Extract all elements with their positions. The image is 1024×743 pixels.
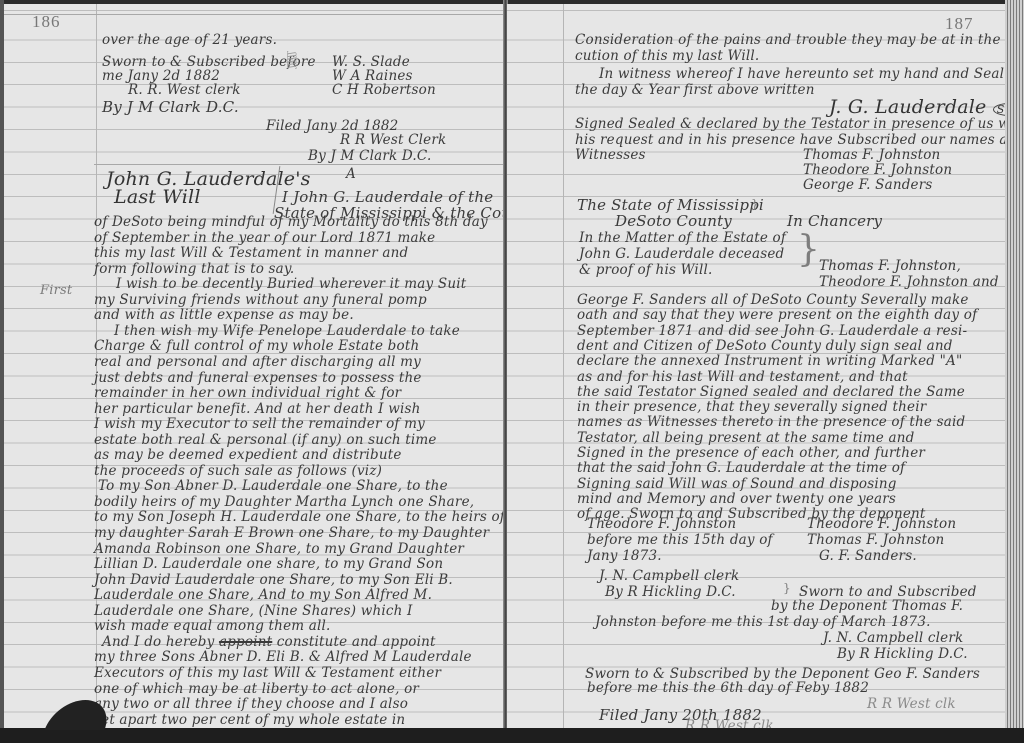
filed-clerk: R R West clk: [685, 720, 774, 728]
text-line: declare the annexed Instrument in writin…: [577, 355, 962, 369]
bottom-shadow: [0, 728, 1024, 743]
top-rule: [4, 14, 505, 15]
text-line: Signing said Will was of Sound and dispo…: [577, 478, 897, 492]
text-line: any two or all three if they choose and …: [94, 698, 408, 712]
attestation-line: Signed Sealed & declared by the Testator…: [575, 118, 1005, 132]
text-line: bodily heirs of my Daughter Martha Lynch…: [94, 496, 474, 510]
text-line: Testator, all being present at the same …: [577, 432, 914, 446]
second-jurat-line: By R Hickling D.C.: [837, 648, 968, 662]
text-line: her particular benefit. And at her death…: [94, 403, 421, 417]
text-line: Amanda Robinson one Share, to my Grand D…: [94, 543, 464, 557]
text-line: this my last Will & Testament in manner …: [94, 247, 408, 261]
right-margin-rule: [563, 4, 564, 728]
text-line: of September in the year of our Lord 187…: [94, 232, 435, 246]
text-line: I then wish my Wife Penelope Lauderdale …: [114, 325, 460, 339]
brace-mark: }: [797, 232, 820, 268]
seal-mark: Seal: [993, 103, 1005, 116]
text-line: that the said John G. Lauderdale at the …: [577, 462, 905, 476]
text-line: Lauderdale one Share, (Nine Shares) whic…: [94, 605, 413, 619]
third-jurat-line: R R West clk: [867, 698, 956, 712]
text-line: my daughter Sarah E Brown one Share, to …: [94, 527, 489, 541]
caption-matter: In the Matter of the Estate of: [579, 232, 786, 246]
text-line: just debts and funeral expenses to posse…: [94, 372, 422, 386]
text-line: mind and Memory and over twenty one year…: [577, 493, 896, 507]
attestation-line: his request and in his presence have Sub…: [575, 134, 1005, 148]
text-line: the said Testator Signed sealed and decl…: [577, 386, 965, 400]
second-jurat-line: Johnston before me this 1st day of March…: [595, 616, 931, 630]
text-line: my three Sons Abner D. Eli B. & Alfred M…: [94, 651, 472, 665]
text-line: John David Lauderdale one Share, to my S…: [94, 574, 453, 588]
text-line: the day & Year first above written: [575, 84, 815, 98]
text-line: estate both real & personal (if any) on …: [94, 434, 437, 448]
text-line: And I do hereby appoint constitute and a…: [102, 636, 436, 650]
deponent-signature: Thomas F. Johnston: [807, 534, 944, 548]
jurat-line: J. N. Campbell clerk: [599, 570, 739, 584]
witness-name: Theodore F. Johnston: [803, 164, 952, 178]
caption-county: DeSoto County: [615, 214, 732, 229]
section-rule: [94, 164, 504, 165]
text-line: over the age of 21 years.: [102, 34, 277, 48]
deponent-name: Thomas F. Johnston,: [819, 260, 961, 274]
jurat-line: Jany 1873.: [587, 550, 662, 564]
jurat-line: By R Hickling D.C.: [605, 586, 736, 600]
deponent-signature: Theodore F. Johnston: [807, 518, 956, 532]
text-line: in their presence, that they severally s…: [577, 401, 926, 415]
text-line: I wish to be decently Buried wherever it…: [116, 278, 466, 292]
jurat-line: before me this 15th day of: [587, 534, 773, 548]
struck-word: appoint: [219, 634, 272, 650]
brace-mark: ʃʃʃʃʃʃ: [286, 52, 296, 68]
text-line: To my Son Abner D. Lauderdale one Share,…: [98, 480, 448, 494]
ledger-book-spread: 186 over the age of 21 years. Sworn to &…: [0, 0, 1024, 743]
page-number-left: 186: [32, 12, 61, 32]
text-line: names as Witnesses thereto in the presen…: [577, 416, 965, 430]
text-line: In witness whereof I have hereunto set m…: [599, 68, 1004, 82]
text-line: of DeSoto being mindful of my Mortality …: [94, 216, 488, 230]
signature-text: J. G. Lauderdale: [829, 96, 986, 118]
text-line: Lauderdale one Share, And to my Son Alfr…: [94, 589, 432, 603]
text-line: Consideration of the pains and trouble t…: [575, 34, 1005, 48]
brace-mark: }: [783, 582, 791, 594]
text-line: as and for his last Will and testament, …: [577, 371, 908, 385]
book-right-edge: [1005, 0, 1024, 743]
text-line: dent and Citizen of DeSoto County duly s…: [577, 340, 953, 354]
caption-state: The State of Mississippi: [577, 198, 764, 213]
witness-name: C H Robertson: [332, 84, 436, 98]
witness-name: George F. Sanders: [803, 179, 933, 193]
text-line: oath and say that they were present on t…: [577, 309, 977, 323]
text-line: George F. Sanders all of DeSoto County S…: [577, 294, 969, 308]
text-line: set apart two per cent of my whole estat…: [94, 714, 405, 728]
text-line: R. R. West clerk: [128, 84, 241, 98]
text-line: real and personal and after discharging …: [94, 356, 421, 370]
deponent-signature: G. F. Sanders.: [819, 550, 917, 564]
text-line: September 1871 and did see John G. Laude…: [577, 325, 967, 339]
left-page: 186 over the age of 21 years. Sworn to &…: [4, 4, 506, 728]
filed-clerk: R R West Clerk: [340, 134, 446, 148]
witness-name: Thomas F. Johnston: [803, 149, 940, 163]
attestation-line: Witnesses: [575, 149, 646, 163]
text-line: as may be deemed expedient and distribut…: [94, 449, 402, 463]
text-line: remainder in her own individual right & …: [94, 387, 401, 401]
text-line: Lillian D. Lauderdale one share, to my G…: [94, 558, 443, 572]
text-line: wish made equal among them all.: [94, 620, 331, 634]
text-line: cution of this my last Will.: [575, 50, 759, 64]
second-jurat-line: J. N. Campbell clerk: [823, 632, 963, 646]
text-line: By J M Clark D.C.: [102, 100, 239, 115]
caption-matter: & proof of his Will.: [579, 264, 712, 278]
third-jurat-line: before me this the 6th day of Feby 1882: [587, 682, 869, 696]
text-line: and with as little expense as may be.: [94, 309, 354, 323]
jurat-line: Theodore F. Johnston: [587, 518, 736, 532]
text-line: the proceeds of such sale as follows (vi…: [94, 465, 382, 479]
brace-mark: }: [751, 198, 759, 210]
text-line: Executors of this my last Will & Testame…: [94, 667, 441, 681]
page-number-right: 187: [945, 14, 974, 34]
testator-signature: J. G. Lauderdale Seal: [829, 98, 1005, 117]
deponent-name: Theodore F. Johnston and: [819, 276, 999, 290]
will-title-2: Last Will: [114, 188, 201, 207]
text-line: Charge & full control of my whole Estate…: [94, 340, 419, 354]
caption-matter: John G. Lauderdale deceased: [579, 248, 784, 262]
margin-note-first: First: [40, 284, 72, 297]
caption-court: In Chancery: [787, 214, 882, 229]
text-line: one of which may be at liberty to act al…: [94, 683, 419, 697]
opening-line: I John G. Lauderdale of the: [282, 190, 493, 205]
text-line: my Surviving friends without any funeral…: [94, 294, 427, 308]
text-line: Signed in the presence of each other, an…: [577, 447, 925, 461]
second-jurat-line: by the Deponent Thomas F.: [771, 600, 963, 614]
text-line: form following that is to say.: [94, 263, 294, 277]
text-line: I wish my Executor to sell the remainder…: [94, 418, 425, 432]
text-line: to my Son Joseph H. Lauderdale one Share…: [94, 511, 505, 525]
filed-deputy: By J M Clark D.C.: [308, 150, 431, 164]
exhibit-marker: A: [346, 168, 356, 182]
right-page: 187 Consideration of the pains and troub…: [507, 4, 1005, 728]
